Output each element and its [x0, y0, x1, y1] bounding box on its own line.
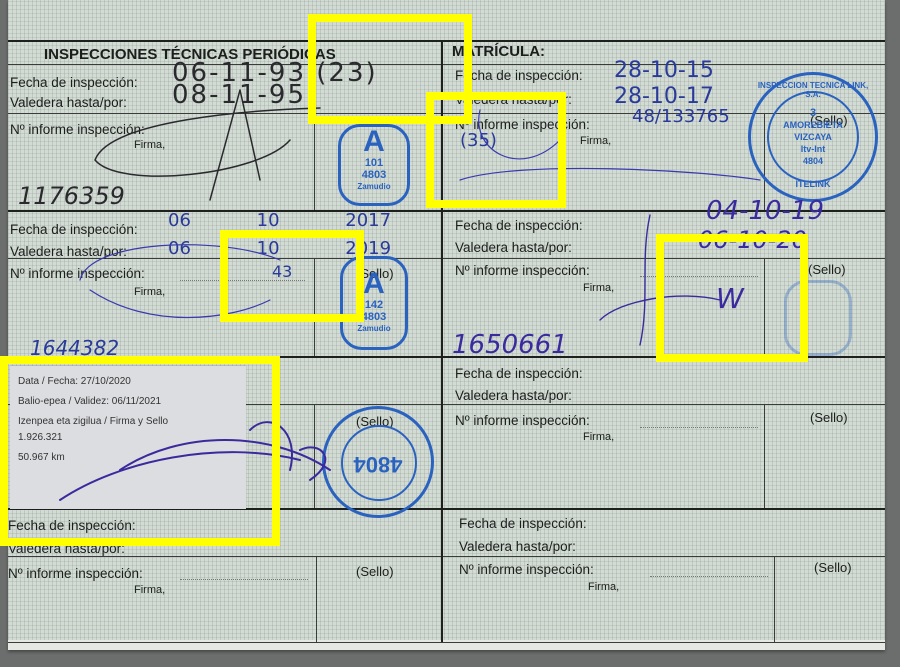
right-sello-divider-4 [774, 556, 775, 642]
valedera-label: Valedera hasta/por: [459, 539, 576, 554]
firma-label: Firma, [134, 286, 165, 298]
informe-label: Nº informe inspección: [10, 266, 145, 281]
firma-label: Firma, [134, 584, 165, 596]
rule-bottom [8, 642, 885, 643]
highlight-box-2 [426, 92, 566, 208]
informe-label: Nº informe inspección: [10, 122, 145, 137]
firma-label: Firma, [134, 139, 165, 151]
sello-label: (Sello) [356, 564, 394, 579]
informe-dotted-line [650, 576, 768, 577]
left-sello-divider-4 [316, 556, 317, 642]
fecha-label: Fecha de inspección: [455, 68, 583, 83]
firma-label: Firma, [580, 135, 611, 147]
itelink-stamp-2: 4804 [322, 406, 434, 518]
itelink-stamp: INSPECCION TECNICA LINK, S.A. 3 AMOREBIE… [748, 72, 878, 202]
sello-label: (Sello) [808, 262, 846, 277]
firma-label: Firma, [583, 431, 614, 443]
firma-label: Firma, [588, 581, 619, 593]
informe-label: Nº informe inspección: [8, 566, 143, 581]
annotation-number: 1650661 [452, 330, 568, 360]
informe-dotted-line [640, 427, 758, 428]
highlight-box-5 [0, 356, 280, 546]
valedera-label: Valedera hasta/por: [455, 388, 572, 403]
valedera-label: Valedera hasta/por: [10, 95, 127, 110]
valedera-label: Valedera hasta/por: [10, 244, 127, 259]
informe-value: 48/133765 [632, 106, 730, 127]
fecha-label: Fecha de inspección: [459, 516, 587, 531]
left-sello-divider-3 [314, 404, 315, 508]
itv-stamp-zamudio: A 101 4803 Zamudio [338, 124, 410, 206]
valedera-value: 08-11-95 [172, 80, 306, 110]
fecha-value: 06 10 2017 [168, 210, 391, 231]
informe-label: Nº informe inspección: [459, 562, 594, 577]
sello-label: (Sello) [814, 560, 852, 575]
fecha-value: 28-10-15 [614, 58, 714, 83]
fecha-label: Fecha de inspección: [10, 222, 138, 237]
highlight-box-3 [220, 230, 364, 322]
informe-dotted-line [180, 579, 308, 580]
fecha-value: 04-10-19 [706, 196, 824, 226]
right-sello-divider-3 [764, 404, 765, 508]
fecha-label: Fecha de inspección: [10, 75, 138, 90]
fecha-label: Fecha de inspección: [455, 366, 583, 381]
firma-label: Firma, [583, 282, 614, 294]
rule-row4-mid [8, 556, 885, 557]
sello-label: (Sello) [810, 410, 848, 425]
valedera-label: Valedera hasta/por: [455, 240, 572, 255]
informe-label: Nº informe inspección: [455, 413, 590, 428]
informe-label: Nº informe inspección: [455, 263, 590, 278]
left-sello-divider [314, 113, 315, 210]
fecha-label: Fecha de inspección: [455, 218, 583, 233]
highlight-box-4 [656, 234, 808, 362]
annotation-number: 1176359 [18, 182, 125, 210]
